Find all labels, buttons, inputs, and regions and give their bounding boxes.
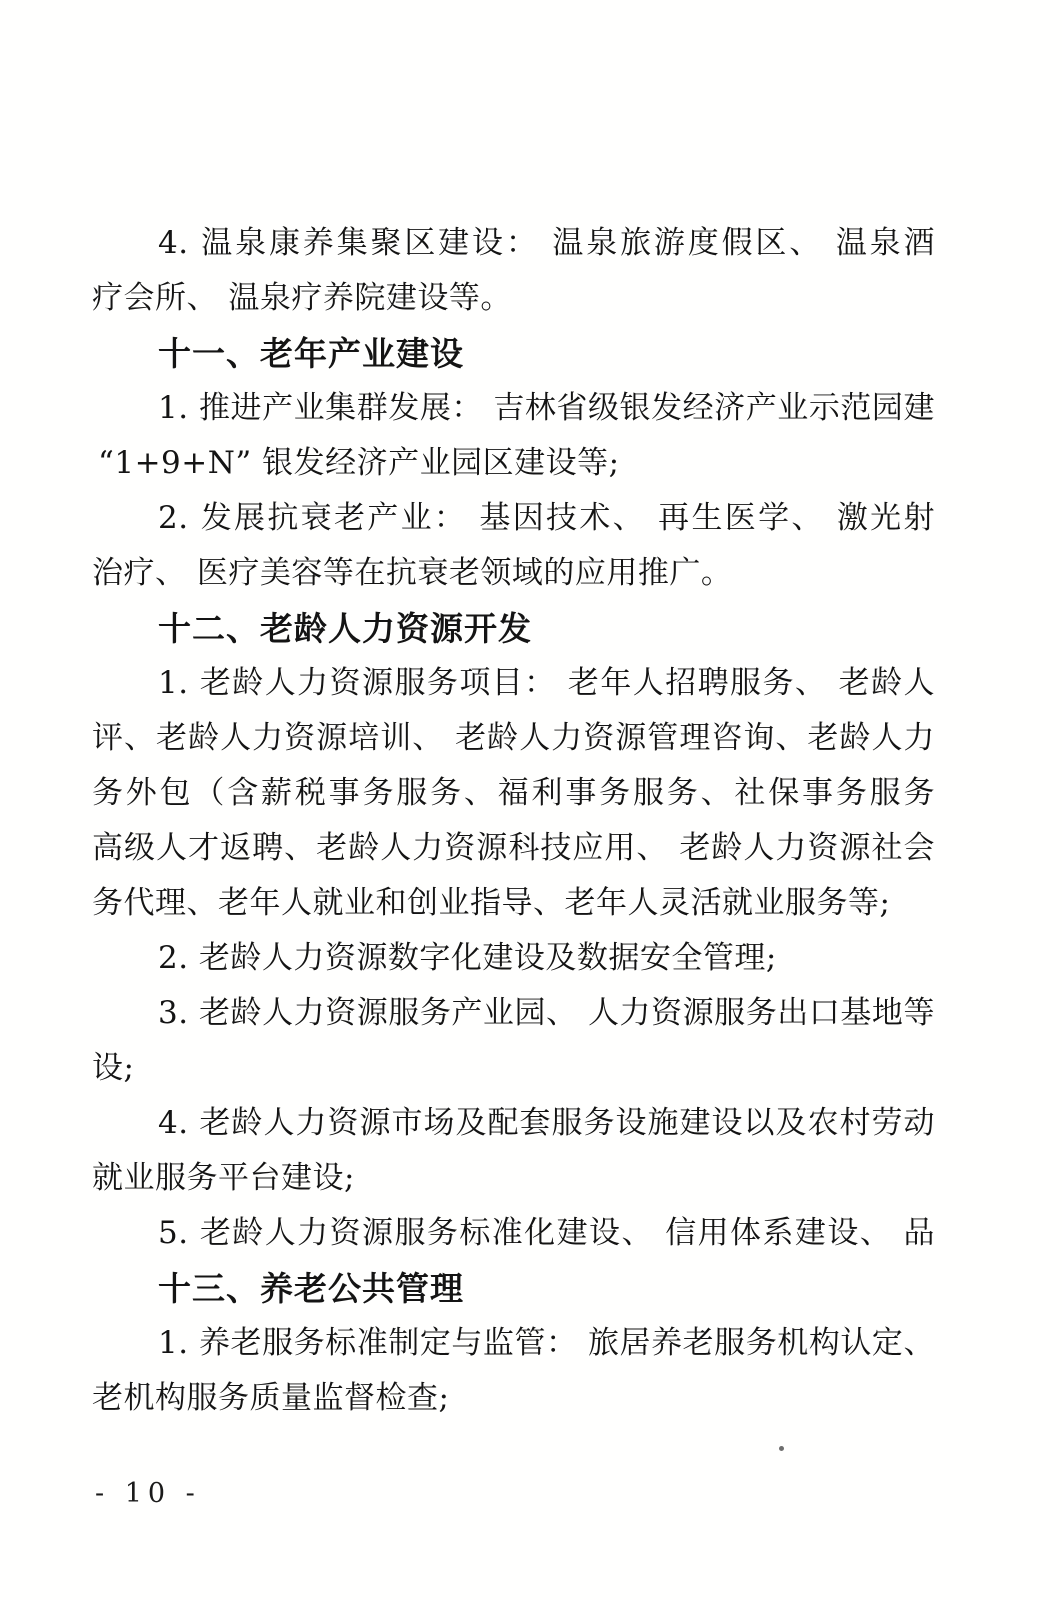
page-number: - 10 - [95,1478,201,1509]
text-line: 2. 老龄人力资源数字化建设及数据安全管理; [92,931,935,986]
scan-speck [779,1446,784,1451]
text-line: 高级人才返聘、老龄人力资源科技应用、 老龄人力资源社会保障事 [92,821,935,876]
text-line: 2. 发展抗衰老产业： 基因技术、 再生医学、 激光射频、 干细胞 [92,491,935,546]
text-line: 务外包（含薪税事务服务、福利事务服务、社保事务服务等）、老龄 [92,766,935,821]
text-line: 疗会所、 温泉疗养院建设等。 [92,271,935,326]
text-line: 1. 养老服务标准制定与监管： 旅居养老服务机构认定、 相关养 [92,1316,935,1371]
section-heading-12: 十二、老龄人力资源开发 [92,601,935,656]
text-line: 就业服务平台建设; [92,1151,935,1206]
document-body: 4. 温泉康养集聚区建设： 温泉旅游度假区、 温泉酒店、 温泉理 疗会所、 温泉… [92,216,935,1426]
text-line: 1. 老龄人力资源服务项目： 老年人招聘服务、 老龄人力资源测 [92,656,935,711]
text-line: 5. 老龄人力资源服务标准化建设、 信用体系建设、 品牌建设。 [92,1206,935,1261]
text-line: 治疗、 医疗美容等在抗衰老领域的应用推广。 [92,546,935,601]
text-line: 设; [92,1041,935,1096]
text-line: 4. 温泉康养集聚区建设： 温泉旅游度假区、 温泉酒店、 温泉理 [92,216,935,271]
text-line: 1. 推进产业集群发展： 吉林省级银发经济产业示范园建设、 [92,381,935,436]
section-heading-11: 十一、老年产业建设 [92,326,935,381]
document-page: 4. 温泉康养集聚区建设： 温泉旅游度假区、 温泉酒店、 温泉理 疗会所、 温泉… [0,0,1062,1600]
text-line: 务代理、老年人就业和创业指导、老年人灵活就业服务等; [92,876,935,931]
text-line: “1+9+N” 银发经济产业园区建设等; [92,436,935,491]
text-line: 3. 老龄人力资源服务产业园、 人力资源服务出口基地等平台建 [92,986,935,1041]
section-heading-13: 十三、养老公共管理 [92,1261,935,1316]
text-line: 4. 老龄人力资源市场及配套服务设施建设以及农村劳动力转移 [92,1096,935,1151]
text-line: 老机构服务质量监督检查; [92,1371,935,1426]
text-line: 评、老龄人力资源培训、 老龄人力资源管理咨询、老龄人力资源服 [92,711,935,766]
